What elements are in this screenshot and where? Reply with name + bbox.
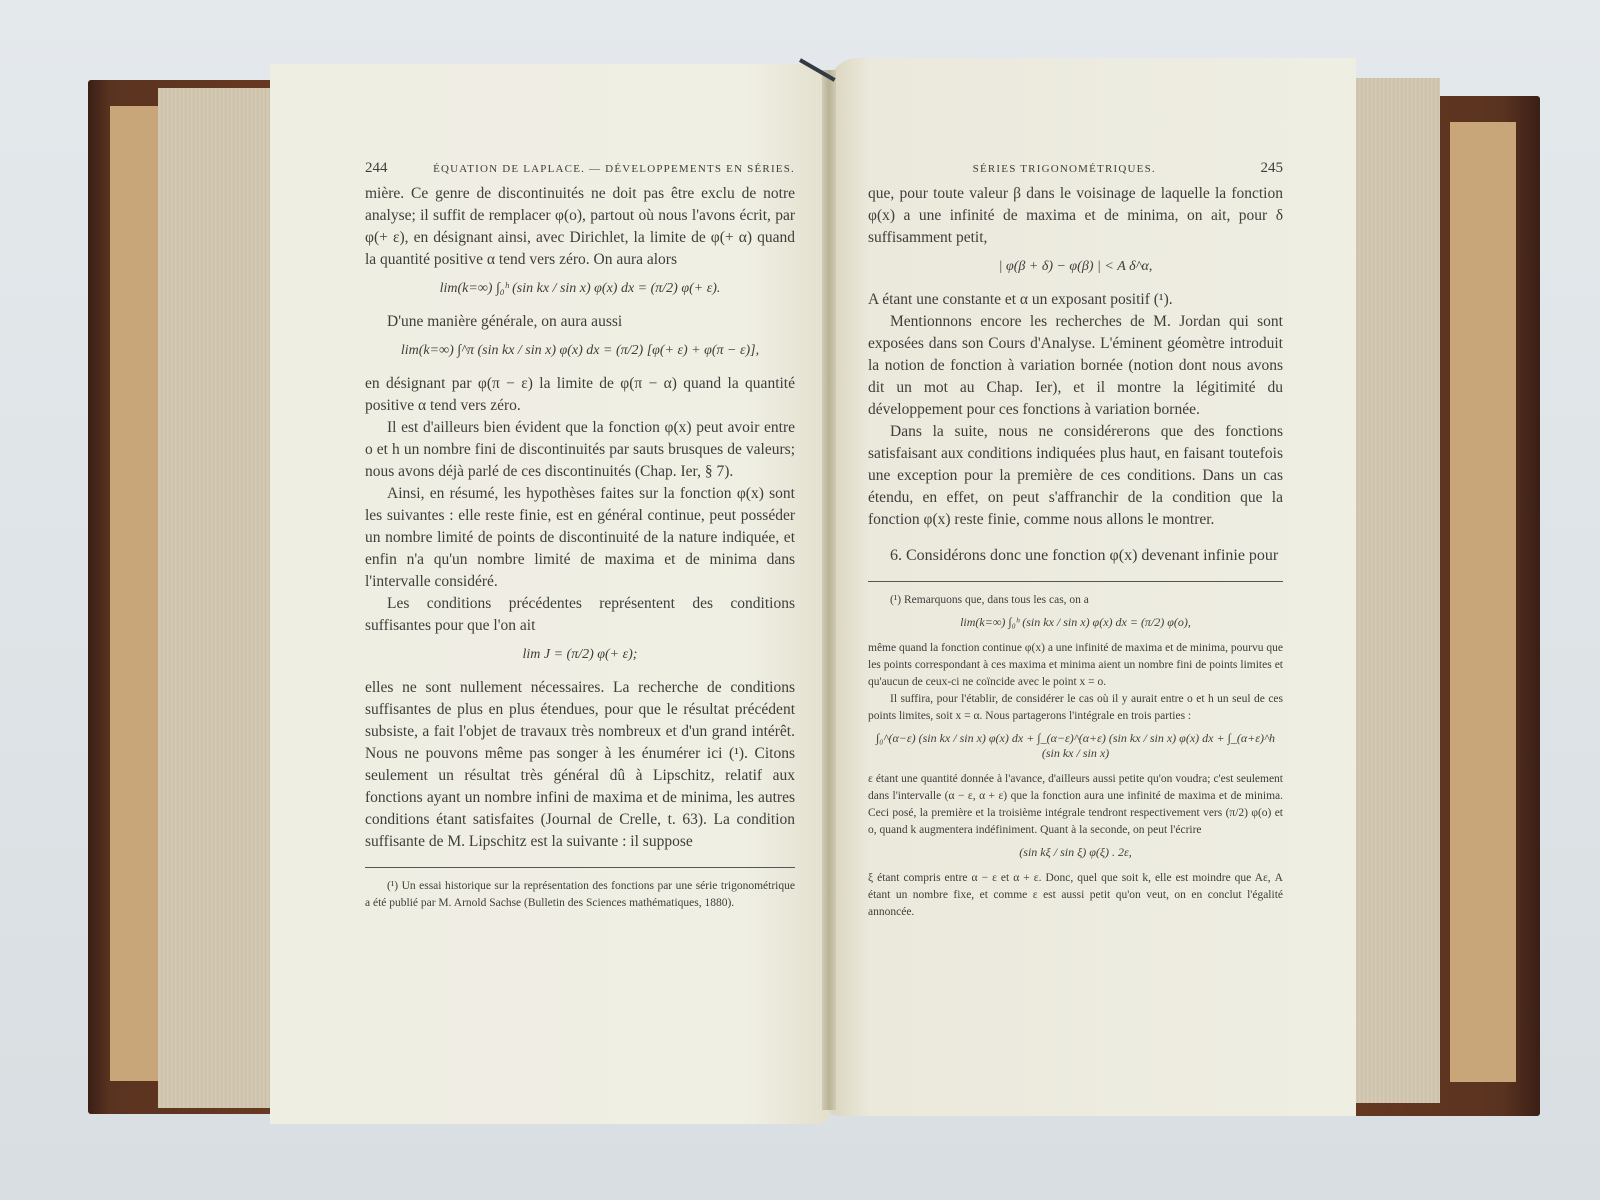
footnote-equation: (sin kξ / sin ξ) φ(ξ) . 2ε, bbox=[868, 845, 1283, 860]
footnote-text: même quand la fonction continue φ(x) a u… bbox=[868, 640, 1283, 691]
equation: lim(k=∞) ∫^π (sin kx / sin x) φ(x) dx = … bbox=[365, 343, 795, 359]
footnote-equation: ∫₀^(α−ε) (sin kx / sin x) φ(x) dx + ∫_(α… bbox=[868, 731, 1283, 761]
running-head-left: 244 ÉQUATION DE LAPLACE. — DÉVELOPPEMENT… bbox=[365, 160, 795, 177]
paragraph: Les conditions précédentes représentent … bbox=[365, 593, 795, 637]
running-head-title: SÉRIES TRIGONOMÉTRIQUES. bbox=[868, 163, 1261, 175]
footnote-text: ξ étant compris entre α − ε et α + ε. Do… bbox=[868, 870, 1283, 921]
page-number: 245 bbox=[1261, 160, 1284, 177]
paragraph: mière. Ce genre de discontinuités ne doi… bbox=[365, 183, 795, 271]
paragraph: elles ne sont nullement nécessaires. La … bbox=[365, 677, 795, 853]
paragraph: A étant une constante et α un exposant p… bbox=[868, 289, 1283, 311]
footnote: (¹) Remarquons que, dans tous les cas, o… bbox=[868, 592, 1283, 921]
equation: | φ(β + δ) − φ(β) | < A δ^α, bbox=[868, 259, 1283, 275]
paragraph: Il est d'ailleurs bien évident que la fo… bbox=[365, 417, 795, 483]
footnote: (¹) Un essai historique sur la représent… bbox=[365, 878, 795, 912]
right-page-text: SÉRIES TRIGONOMÉTRIQUES. 245 que, pour t… bbox=[868, 160, 1283, 921]
endpaper-right bbox=[1450, 122, 1516, 1082]
footnote-text: ε étant une quantité donnée à l'avance, … bbox=[868, 771, 1283, 839]
paragraph: D'une manière générale, on aura aussi bbox=[365, 311, 795, 333]
equation: lim J = (π/2) φ(+ ε); bbox=[365, 647, 795, 663]
page-number: 244 bbox=[365, 160, 388, 177]
footnote-text: (¹) Un essai historique sur la représent… bbox=[365, 878, 795, 912]
book-gutter bbox=[822, 70, 836, 1110]
equation: lim(k=∞) ∫₀ʰ (sin kx / sin x) φ(x) dx = … bbox=[365, 281, 795, 297]
footnote-text: Il suffira, pour l'établir, de considére… bbox=[868, 691, 1283, 725]
running-head-right: SÉRIES TRIGONOMÉTRIQUES. 245 bbox=[868, 160, 1283, 177]
section-heading: 6. Considérons donc une fonction φ(x) de… bbox=[868, 545, 1283, 567]
footnote-rule bbox=[868, 581, 1283, 582]
footnote-rule bbox=[365, 867, 795, 868]
footnote-equation: lim(k=∞) ∫₀ʰ (sin kx / sin x) φ(x) dx = … bbox=[868, 615, 1283, 630]
paragraph: en désignant par φ(π − ε) la limite de φ… bbox=[365, 373, 795, 417]
left-page-text: 244 ÉQUATION DE LAPLACE. — DÉVELOPPEMENT… bbox=[365, 160, 795, 912]
page-stack-right bbox=[1350, 78, 1440, 1103]
paragraph: que, pour toute valeur β dans le voisina… bbox=[868, 183, 1283, 249]
paragraph: Dans la suite, nous ne considérerons que… bbox=[868, 421, 1283, 531]
running-head-title: ÉQUATION DE LAPLACE. — DÉVELOPPEMENTS EN… bbox=[433, 163, 795, 175]
footnote-text: (¹) Remarquons que, dans tous les cas, o… bbox=[868, 592, 1283, 609]
page-stack-left bbox=[158, 88, 276, 1108]
paragraph: Ainsi, en résumé, les hypothèses faites … bbox=[365, 483, 795, 593]
paragraph: Mentionnons encore les recherches de M. … bbox=[868, 311, 1283, 421]
